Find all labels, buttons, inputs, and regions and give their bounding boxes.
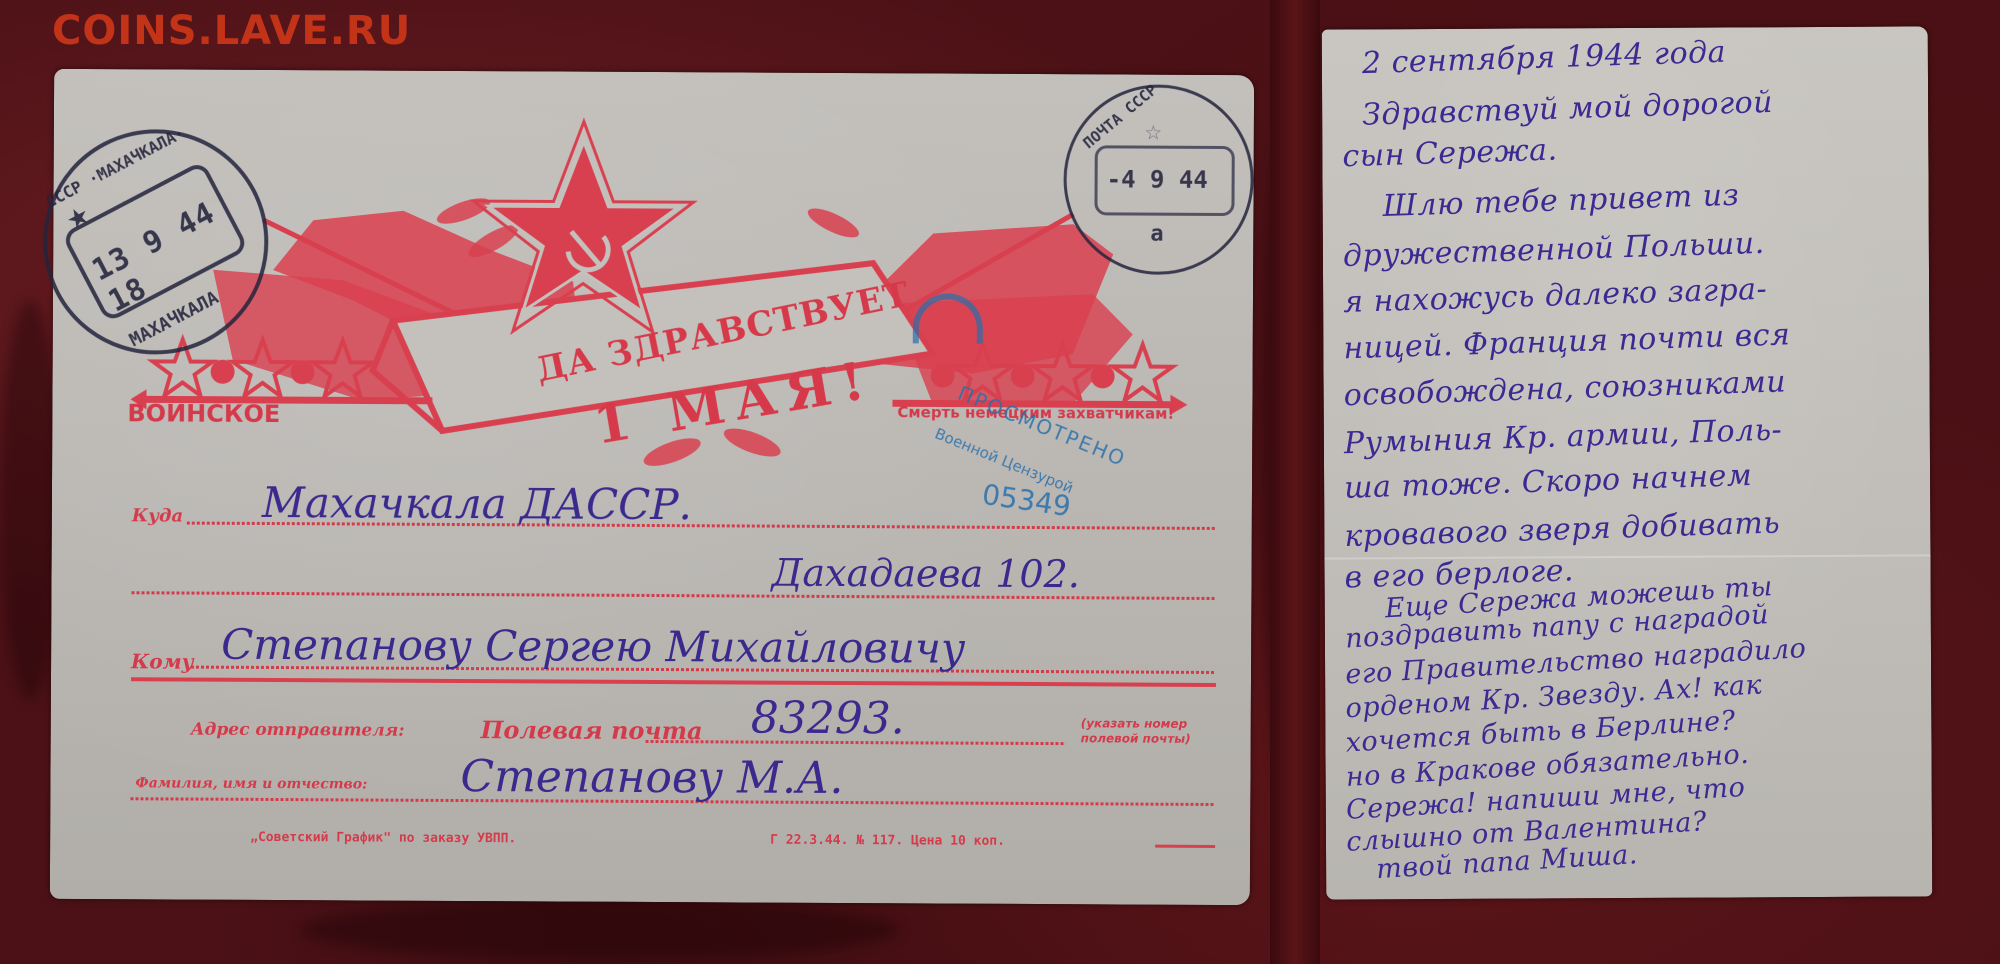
letter-line: я нахожусь далеко загра- (1343, 272, 1768, 320)
wood-grain (300, 900, 900, 960)
letter-line: сын Сережа. (1342, 133, 1558, 175)
postmark-pochta-sssr: ПОЧТА СССР ☆ -4 9 44 а (1063, 84, 1254, 275)
corner-line (1155, 845, 1215, 848)
star-icon: ☆ (1145, 114, 1162, 147)
letter-line: ницей. Франция почти вся (1343, 317, 1791, 366)
handwritten-letter: 2 сентября 1944 годаЗдравствуй мой дорог… (1322, 26, 1933, 899)
publisher-info: „Советский График" по заказу УВПП. (250, 830, 516, 846)
letter-line: освобождена, союзниками (1343, 365, 1786, 414)
whom-underline (131, 677, 1216, 687)
to-label: Куда (132, 505, 183, 526)
letter-line: Здравствуй мой дорогой (1362, 85, 1774, 133)
letter-line: Румыния Кр. армии, Поль- (1343, 412, 1782, 461)
name-label: Фамилия, имя и отчество: (135, 775, 367, 792)
field-post-hint: (указать номер полевой почты) (1081, 716, 1221, 747)
print-info: Г 22.3.44. № 117. Цена 10 коп. (770, 833, 1005, 849)
letter-text: 2 сентября 1944 годаЗдравствуй мой дорог… (1322, 26, 1928, 29)
letter-line: Шлю тебе привет из (1382, 178, 1740, 224)
postmark-date: -4 9 44 (1107, 165, 1208, 194)
letter-line: ша тоже. Скоро начнем (1344, 458, 1753, 506)
postmark-suffix: а (1150, 222, 1163, 247)
whom-label: Кому (131, 649, 194, 673)
recipient-name: Степанову Сергею Михайловичу (221, 620, 965, 673)
background-gap (1270, 0, 1320, 964)
sender-name: Степанову М.А. (460, 751, 843, 804)
sender-label: Адрес отправителя: (191, 720, 405, 741)
to-address-city: Махачкала ДАССР. (262, 478, 692, 529)
letter-line: дружественной Польши. (1342, 226, 1765, 274)
watermark: COINS.LAVE.RU (52, 8, 411, 54)
to-address-street: Дахадаева 102. (771, 551, 1080, 597)
card-category: ВОИНСКОЕ (127, 399, 280, 428)
letter-line: 2 сентября 1944 года (1361, 35, 1726, 81)
letter-line: кровавого зверя добивать (1344, 506, 1781, 555)
military-postcard: ДА ЗДРАВСТВУЕТ 1 МАЯ! ВОИНСКОЕ Смерть не… (50, 69, 1254, 905)
field-post-number: 83293. (751, 693, 905, 745)
